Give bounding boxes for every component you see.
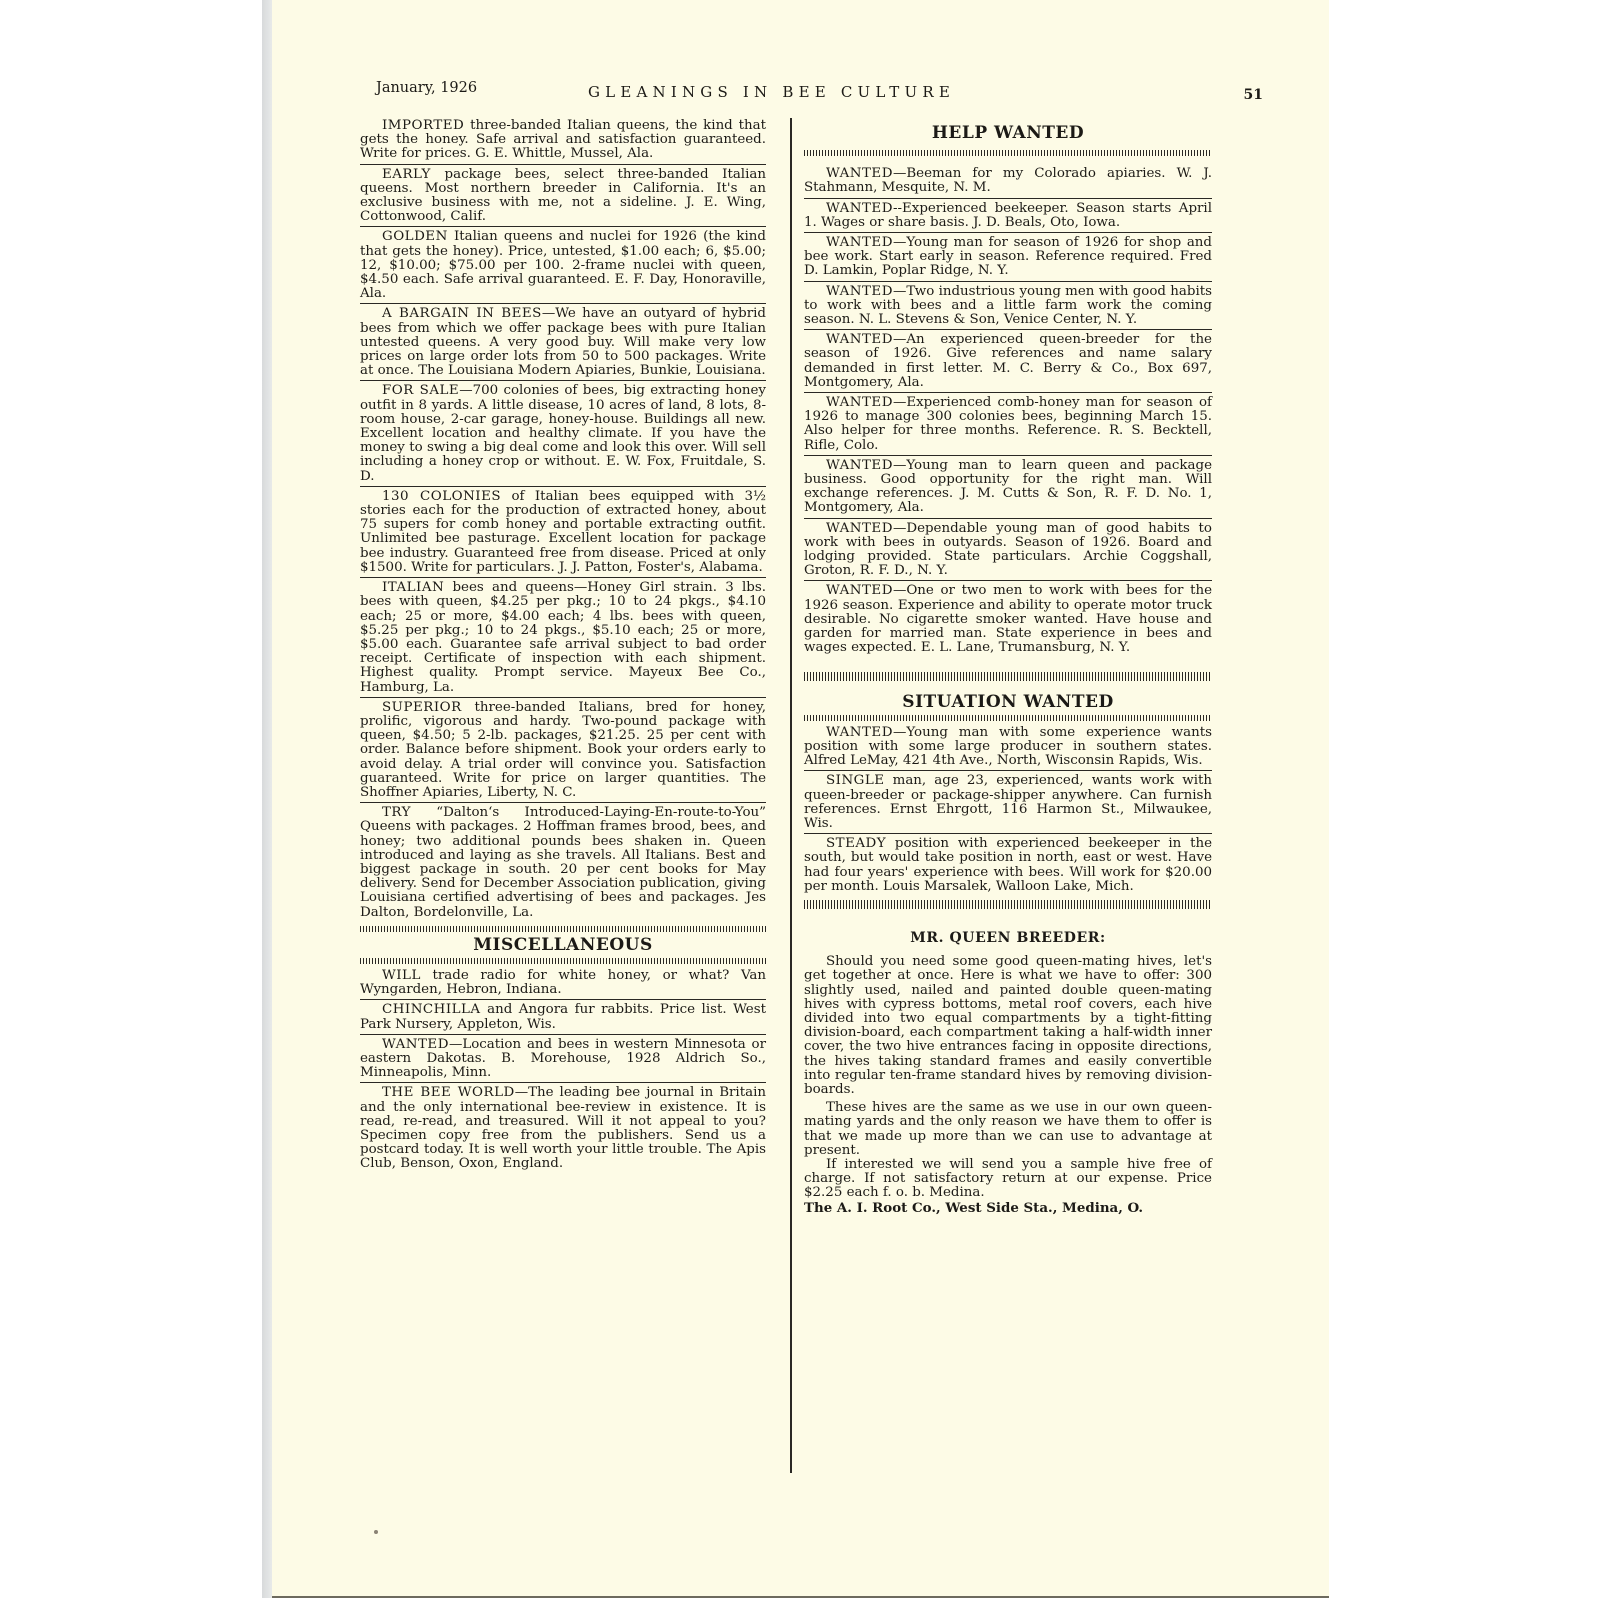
ad-text: IMPORTED three-banded Italian queens, th… — [360, 119, 766, 162]
classified-ad: WANTED—Location and bees in western Minn… — [360, 1037, 766, 1084]
ad-lead-word: WANTED — [382, 1037, 449, 1052]
ad-text: WANTED—Young man for season of 1926 for … — [804, 236, 1212, 279]
hatch-rule — [360, 958, 766, 964]
ad-text: FOR SALE—700 colonies of bees, big extra… — [360, 384, 766, 483]
ad-text: GOLDEN Italian queens and nuclei for 192… — [360, 230, 766, 301]
classified-ad: CHINCHILLA and Angora fur rabbits. Price… — [360, 1002, 766, 1034]
right-column: HELP WANTED WANTED—Beeman for my Colorad… — [804, 120, 1212, 1215]
classified-ad: WANTED—Dependable young man of good habi… — [804, 521, 1212, 582]
ad-text: WANTED—Beeman for my Colorado apiaries. … — [804, 167, 1212, 195]
paper-speck — [374, 1530, 378, 1534]
classified-ad: ITALIAN bees and queens—Honey Girl strai… — [360, 580, 766, 698]
notice-heading: MR. QUEEN BREEDER: — [804, 931, 1212, 945]
ad-lead-word: WANTED — [826, 521, 893, 536]
ad-lead-word: A BARGAIN IN BEES — [382, 306, 542, 321]
ad-lead-word: WANTED — [826, 458, 893, 473]
ad-lead-word: SINGLE — [826, 773, 885, 788]
notice-signature: The A. I. Root Co., West Side Sta., Medi… — [804, 1201, 1212, 1215]
section-heading-miscellaneous: MISCELLANEOUS — [360, 938, 766, 952]
classified-ad: WANTED—Experienced comb-honey man for se… — [804, 395, 1212, 456]
hatch-rule — [804, 150, 1212, 156]
ad-lead-word: WANTED — [826, 235, 893, 250]
classified-ad: WANTED—An experienced queen-breeder for … — [804, 332, 1212, 393]
classified-ad: WANTED—One or two men to work with bees … — [804, 583, 1212, 657]
ad-text: 130 COLONIES of Italian bees equipped wi… — [360, 490, 766, 575]
ad-lead-word: WANTED — [826, 201, 893, 216]
ad-text: EARLY package bees, select three-banded … — [360, 168, 766, 225]
classified-ad: SINGLE man, age 23, experienced, wants w… — [804, 773, 1212, 834]
ad-text: WANTED—Experienced comb-honey man for se… — [804, 396, 1212, 453]
section-heading-help-wanted: HELP WANTED — [804, 126, 1212, 140]
situation-wanted-ads-list: WANTED—Young man with some experience wa… — [804, 725, 1212, 896]
ad-text: THE BEE WORLD—The leading bee journal in… — [360, 1086, 766, 1171]
classified-ad: THE BEE WORLD—The leading bee journal in… — [360, 1085, 766, 1173]
ad-lead-word: TRY — [382, 805, 411, 820]
ad-text: WANTED—Two industrious young men with go… — [804, 285, 1212, 328]
ad-lead-word: WILL — [382, 968, 421, 983]
classified-ad: STEADY position with experienced beekeep… — [804, 836, 1212, 896]
classified-ad: WANTED—Beeman for my Colorado apiaries. … — [804, 166, 1212, 198]
ad-lead-word: WANTED — [826, 725, 893, 740]
ad-text: WANTED—An experienced queen-breeder for … — [804, 333, 1212, 390]
classified-ad: WANTED--Experienced beekeeper. Season st… — [804, 201, 1212, 233]
ad-lead-word: THE BEE WORLD — [382, 1085, 515, 1100]
ad-text: WANTED—Dependable young man of good habi… — [804, 522, 1212, 579]
ad-lead-word: WANTED — [826, 166, 893, 181]
classified-ad: SUPERIOR three-banded Italians, bred for… — [360, 700, 766, 803]
ad-lead-word: WANTED — [826, 284, 893, 299]
classified-ad: GOLDEN Italian queens and nuclei for 192… — [360, 229, 766, 304]
classified-ad: 130 COLONIES of Italian bees equipped wi… — [360, 489, 766, 578]
miscellaneous-ads-list: WILL trade radio for white honey, or wha… — [360, 968, 766, 1174]
hatch-rule — [804, 715, 1212, 721]
ad-body: “Dalton‘s Introduced-Laying-En-route-to-… — [360, 805, 766, 919]
ad-body: bees and queens—Honey Girl strain. 3 lbs… — [360, 580, 766, 694]
section-heading-situation-wanted: SITUATION WANTED — [804, 695, 1212, 709]
ad-text: WILL trade radio for white honey, or wha… — [360, 969, 766, 997]
classified-ad: FOR SALE—700 colonies of bees, big extra… — [360, 383, 766, 486]
ad-lead-word: WANTED — [826, 332, 893, 347]
classified-ad: WANTED—Two industrious young men with go… — [804, 284, 1212, 331]
classified-ad: WANTED—Young man to learn queen and pack… — [804, 458, 1212, 519]
classified-ad: A BARGAIN IN BEES—We have an outyard of … — [360, 306, 766, 381]
classified-ad: WANTED—Young man for season of 1926 for … — [804, 235, 1212, 282]
notice-paragraph: Should you need some good queen-mating h… — [804, 955, 1212, 1097]
running-head: January, 1926 GLEANINGS IN BEE CULTURE 5… — [376, 80, 1239, 102]
classified-ad: WANTED—Young man with some experience wa… — [804, 725, 1212, 772]
ad-lead-word: GOLDEN — [382, 229, 448, 244]
ad-text: WANTED—Young man with some experience wa… — [804, 726, 1212, 769]
ad-text: WANTED—Young man to learn queen and pack… — [804, 459, 1212, 516]
ad-body: three-banded Italians, bred for honey, p… — [360, 700, 766, 800]
classified-ad: TRY “Dalton‘s Introduced-Laying-En-route… — [360, 805, 766, 922]
ad-text: STEADY position with experienced beekeep… — [804, 837, 1212, 894]
ad-text: WANTED—One or two men to work with bees … — [804, 584, 1212, 655]
left-column: IMPORTED three-banded Italian queens, th… — [360, 118, 766, 1176]
ad-lead-word: FOR SALE — [382, 383, 459, 398]
hatch-rule — [804, 672, 1212, 681]
hatch-rule — [804, 900, 1212, 909]
ad-text: ITALIAN bees and queens—Honey Girl strai… — [360, 581, 766, 695]
ad-lead-word: ITALIAN — [382, 580, 444, 595]
classified-ads-list: IMPORTED three-banded Italian queens, th… — [360, 118, 766, 922]
ad-text: SUPERIOR three-banded Italians, bred for… — [360, 701, 766, 800]
ad-text: SINGLE man, age 23, experienced, wants w… — [804, 774, 1212, 831]
classified-ad: EARLY package bees, select three-banded … — [360, 167, 766, 228]
ad-lead-word: SUPERIOR — [382, 700, 462, 715]
page-number: 51 — [1244, 87, 1263, 103]
classified-ad: IMPORTED three-banded Italian queens, th… — [360, 118, 766, 165]
ad-text: WANTED—Location and bees in western Minn… — [360, 1038, 766, 1081]
ad-body: —700 colonies of bees, big extracting ho… — [360, 383, 766, 483]
queen-breeder-notice: MR. QUEEN BREEDER: Should you need some … — [804, 931, 1212, 1215]
ad-lead-word: CHINCHILLA — [382, 1002, 481, 1017]
ad-lead-word: STEADY — [826, 836, 886, 851]
magazine-page: January, 1926 GLEANINGS IN BEE CULTURE 5… — [272, 0, 1329, 1596]
ad-lead-word: EARLY — [382, 167, 431, 182]
ad-lead-word: 130 COLONIES — [382, 489, 501, 504]
ad-lead-word: WANTED — [826, 395, 893, 410]
classified-ad: WILL trade radio for white honey, or wha… — [360, 968, 766, 1000]
ad-lead-word: IMPORTED — [382, 118, 464, 133]
column-divider — [790, 118, 792, 1473]
publication-title: GLEANINGS IN BEE CULTURE — [588, 83, 955, 101]
ad-lead-word: WANTED — [826, 583, 893, 598]
notice-paragraph: These hives are the same as we use in ou… — [804, 1101, 1212, 1158]
ad-text: TRY “Dalton‘s Introduced-Laying-En-route… — [360, 806, 766, 920]
ad-text: WANTED--Experienced beekeeper. Season st… — [804, 202, 1212, 230]
notice-paragraph: If interested we will send you a sample … — [804, 1158, 1212, 1201]
ad-text: A BARGAIN IN BEES—We have an outyard of … — [360, 307, 766, 378]
ad-body: trade radio for white honey, or what? Va… — [360, 968, 766, 997]
help-wanted-ads-list: WANTED—Beeman for my Colorado apiaries. … — [804, 166, 1212, 657]
ad-text: CHINCHILLA and Angora fur rabbits. Price… — [360, 1003, 766, 1031]
hatch-rule — [360, 926, 766, 932]
issue-date: January, 1926 — [376, 80, 477, 96]
